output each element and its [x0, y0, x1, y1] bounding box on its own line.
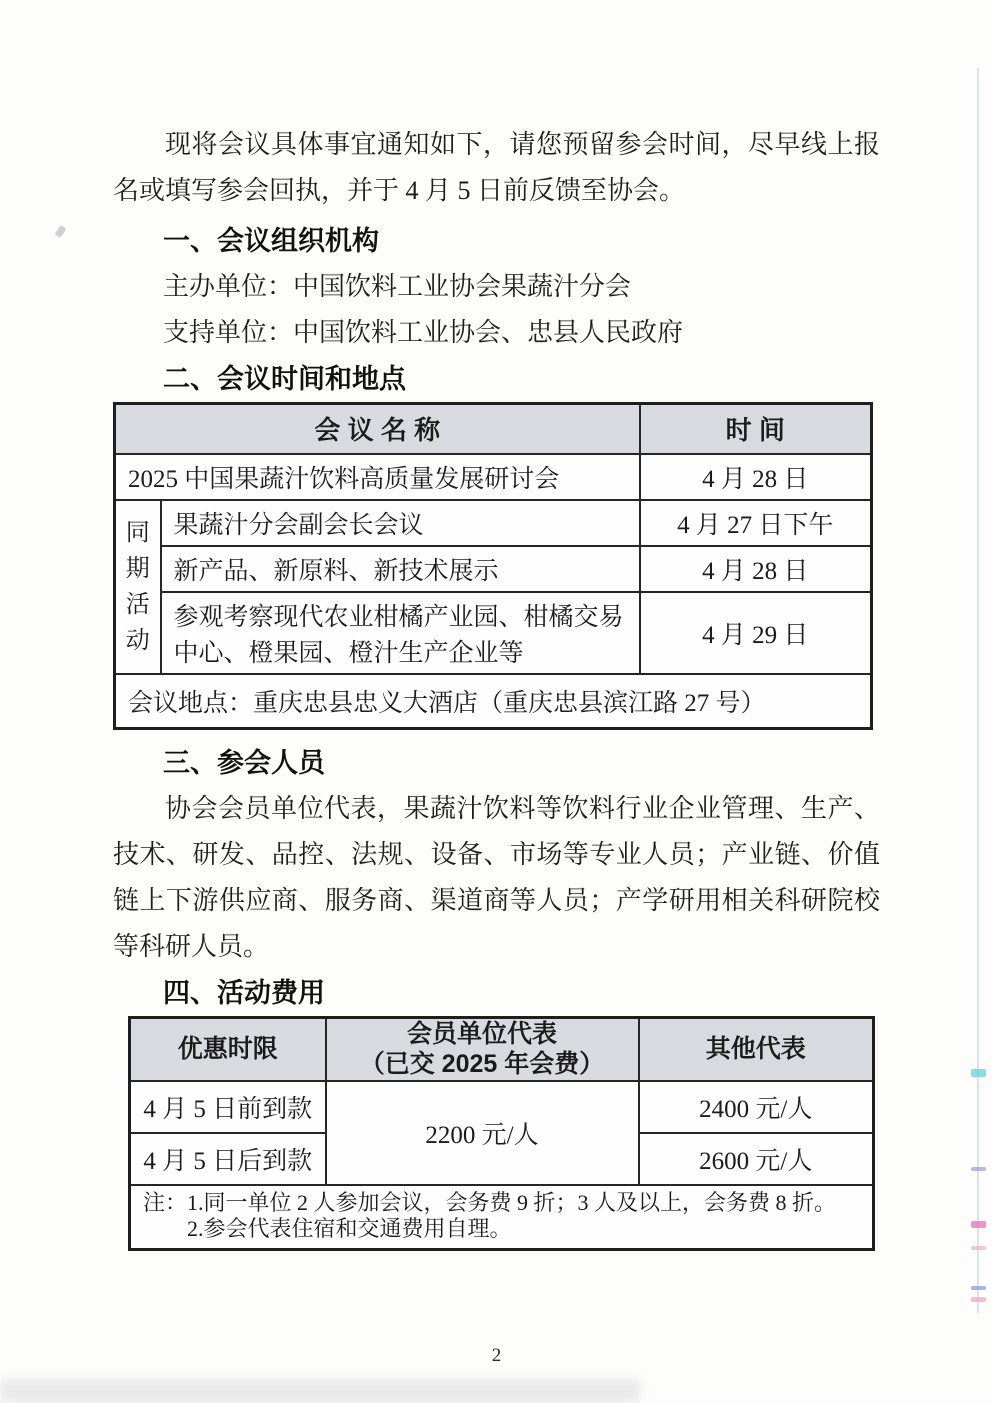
- main-event-time: 4 月 28 日: [640, 454, 872, 500]
- venue-cell: 会议地点：重庆忠县忠义大酒店（重庆忠县滨江路 27 号）: [115, 674, 872, 729]
- fee-col-period-header: 优惠时限: [130, 1017, 326, 1081]
- fee-period: 4 月 5 日前到款: [130, 1081, 326, 1133]
- participants-paragraph: 协会会员单位代表，果蔬汁饮料等饮料行业企业管理、生产、技术、研发、品控、法规、设…: [113, 786, 880, 970]
- fee-header-row: 优惠时限 会员单位代表 （已交 2025 年会费） 其他代表: [130, 1017, 874, 1081]
- other-fee: 2600 元/人: [639, 1133, 874, 1185]
- scan-artifact-blue-tick: [971, 1286, 986, 1290]
- concurrent-activities-label: 同期活动: [115, 500, 161, 674]
- fee-note-line1: 注：1.同一单位 2 人参加会议，会务费 9 折；3 人及以上，会务费 8 折。: [143, 1190, 862, 1216]
- activity-time: 4 月 28 日: [640, 546, 872, 592]
- scan-artifact-magenta-tick: [971, 1221, 986, 1228]
- fee-col-other-header: 其他代表: [639, 1017, 874, 1081]
- fee-table: 优惠时限 会员单位代表 （已交 2025 年会费） 其他代表 4 月 5 日前到…: [128, 1016, 875, 1252]
- activity-name: 参观考察现代农业柑橘产业园、柑橘交易中心、橙果园、橙汁生产企业等: [161, 592, 640, 674]
- section3-heading: 三、参会人员: [113, 740, 880, 786]
- activity-time: 4 月 29 日: [640, 592, 872, 674]
- member-header-line2: （已交 2025 年会费）: [327, 1049, 638, 1079]
- table-row: 注：1.同一单位 2 人参加会议，会务费 9 折；3 人及以上，会务费 8 折。…: [130, 1185, 874, 1250]
- host-unit-line: 主办单位：中国饮料工业协会果蔬汁分会: [113, 264, 880, 310]
- table-row: 新产品、新原料、新技术展示 4 月 28 日: [115, 546, 872, 592]
- schedule-col-time-header: 时 间: [640, 404, 872, 454]
- fee-note-line2: 2.参会代表住宿和交通费用自理。: [143, 1216, 862, 1242]
- document-page: 现将会议具体事宜通知如下，请您预留参会时间，尽早线上报名或填写参会回执，并于 4…: [0, 0, 992, 1403]
- scan-artifact-bottom-smudge: [0, 1379, 640, 1403]
- scan-artifact-edge-line: [977, 68, 979, 1313]
- scan-artifact-pink-tick: [971, 1246, 986, 1250]
- table-row: 2025 中国果蔬汁饮料高质量发展研讨会 4 月 28 日: [115, 454, 872, 500]
- member-header-line1: 会员单位代表: [327, 1019, 638, 1049]
- table-row: 参观考察现代农业柑橘产业园、柑橘交易中心、橙果园、橙汁生产企业等 4 月 29 …: [115, 592, 872, 674]
- table-row: 同期活动 果蔬汁分会副会长会议 4 月 27 日下午: [115, 500, 872, 546]
- intro-paragraph: 现将会议具体事宜通知如下，请您预留参会时间，尽早线上报名或填写参会回执，并于 4…: [113, 122, 880, 214]
- schedule-table: 会 议 名 称 时 间 2025 中国果蔬汁饮料高质量发展研讨会 4 月 28 …: [113, 402, 873, 730]
- section4-heading: 四、活动费用: [113, 970, 880, 1016]
- page-number: 2: [113, 1345, 880, 1367]
- scan-artifact-cyan-tick: [971, 1069, 986, 1077]
- scan-artifact-pink-tick2: [971, 1297, 986, 1302]
- main-event-name: 2025 中国果蔬汁饮料高质量发展研讨会: [115, 454, 640, 500]
- section2-heading: 二、会议时间和地点: [113, 356, 880, 402]
- table-row: 会议地点：重庆忠县忠义大酒店（重庆忠县滨江路 27 号）: [115, 674, 872, 729]
- table-row: 4 月 5 日前到款 2200 元/人 2400 元/人: [130, 1081, 874, 1133]
- document-content: 现将会议具体事宜通知如下，请您预留参会时间，尽早线上报名或填写参会回执，并于 4…: [113, 0, 880, 1367]
- fee-col-member-header: 会员单位代表 （已交 2025 年会费）: [326, 1017, 639, 1081]
- support-unit-line: 支持单位：中国饮料工业协会、忠县人民政府: [113, 310, 880, 356]
- fee-note-cell: 注：1.同一单位 2 人参加会议，会务费 9 折；3 人及以上，会务费 8 折。…: [130, 1185, 874, 1250]
- activity-name: 果蔬汁分会副会长会议: [161, 500, 640, 546]
- scan-artifact-lavender-tick: [971, 1167, 986, 1171]
- fee-period: 4 月 5 日后到款: [130, 1133, 326, 1185]
- member-fee: 2200 元/人: [326, 1081, 639, 1185]
- section1-heading: 一、会议组织机构: [113, 218, 880, 264]
- activity-name: 新产品、新原料、新技术展示: [161, 546, 640, 592]
- other-fee: 2400 元/人: [639, 1081, 874, 1133]
- concurrent-activities-vertical-text: 同期活动: [125, 515, 151, 659]
- schedule-header-row: 会 议 名 称 时 间: [115, 404, 872, 454]
- scan-artifact-left-speck: [54, 225, 66, 238]
- activity-time: 4 月 27 日下午: [640, 500, 872, 546]
- schedule-col-name-header: 会 议 名 称: [115, 404, 640, 454]
